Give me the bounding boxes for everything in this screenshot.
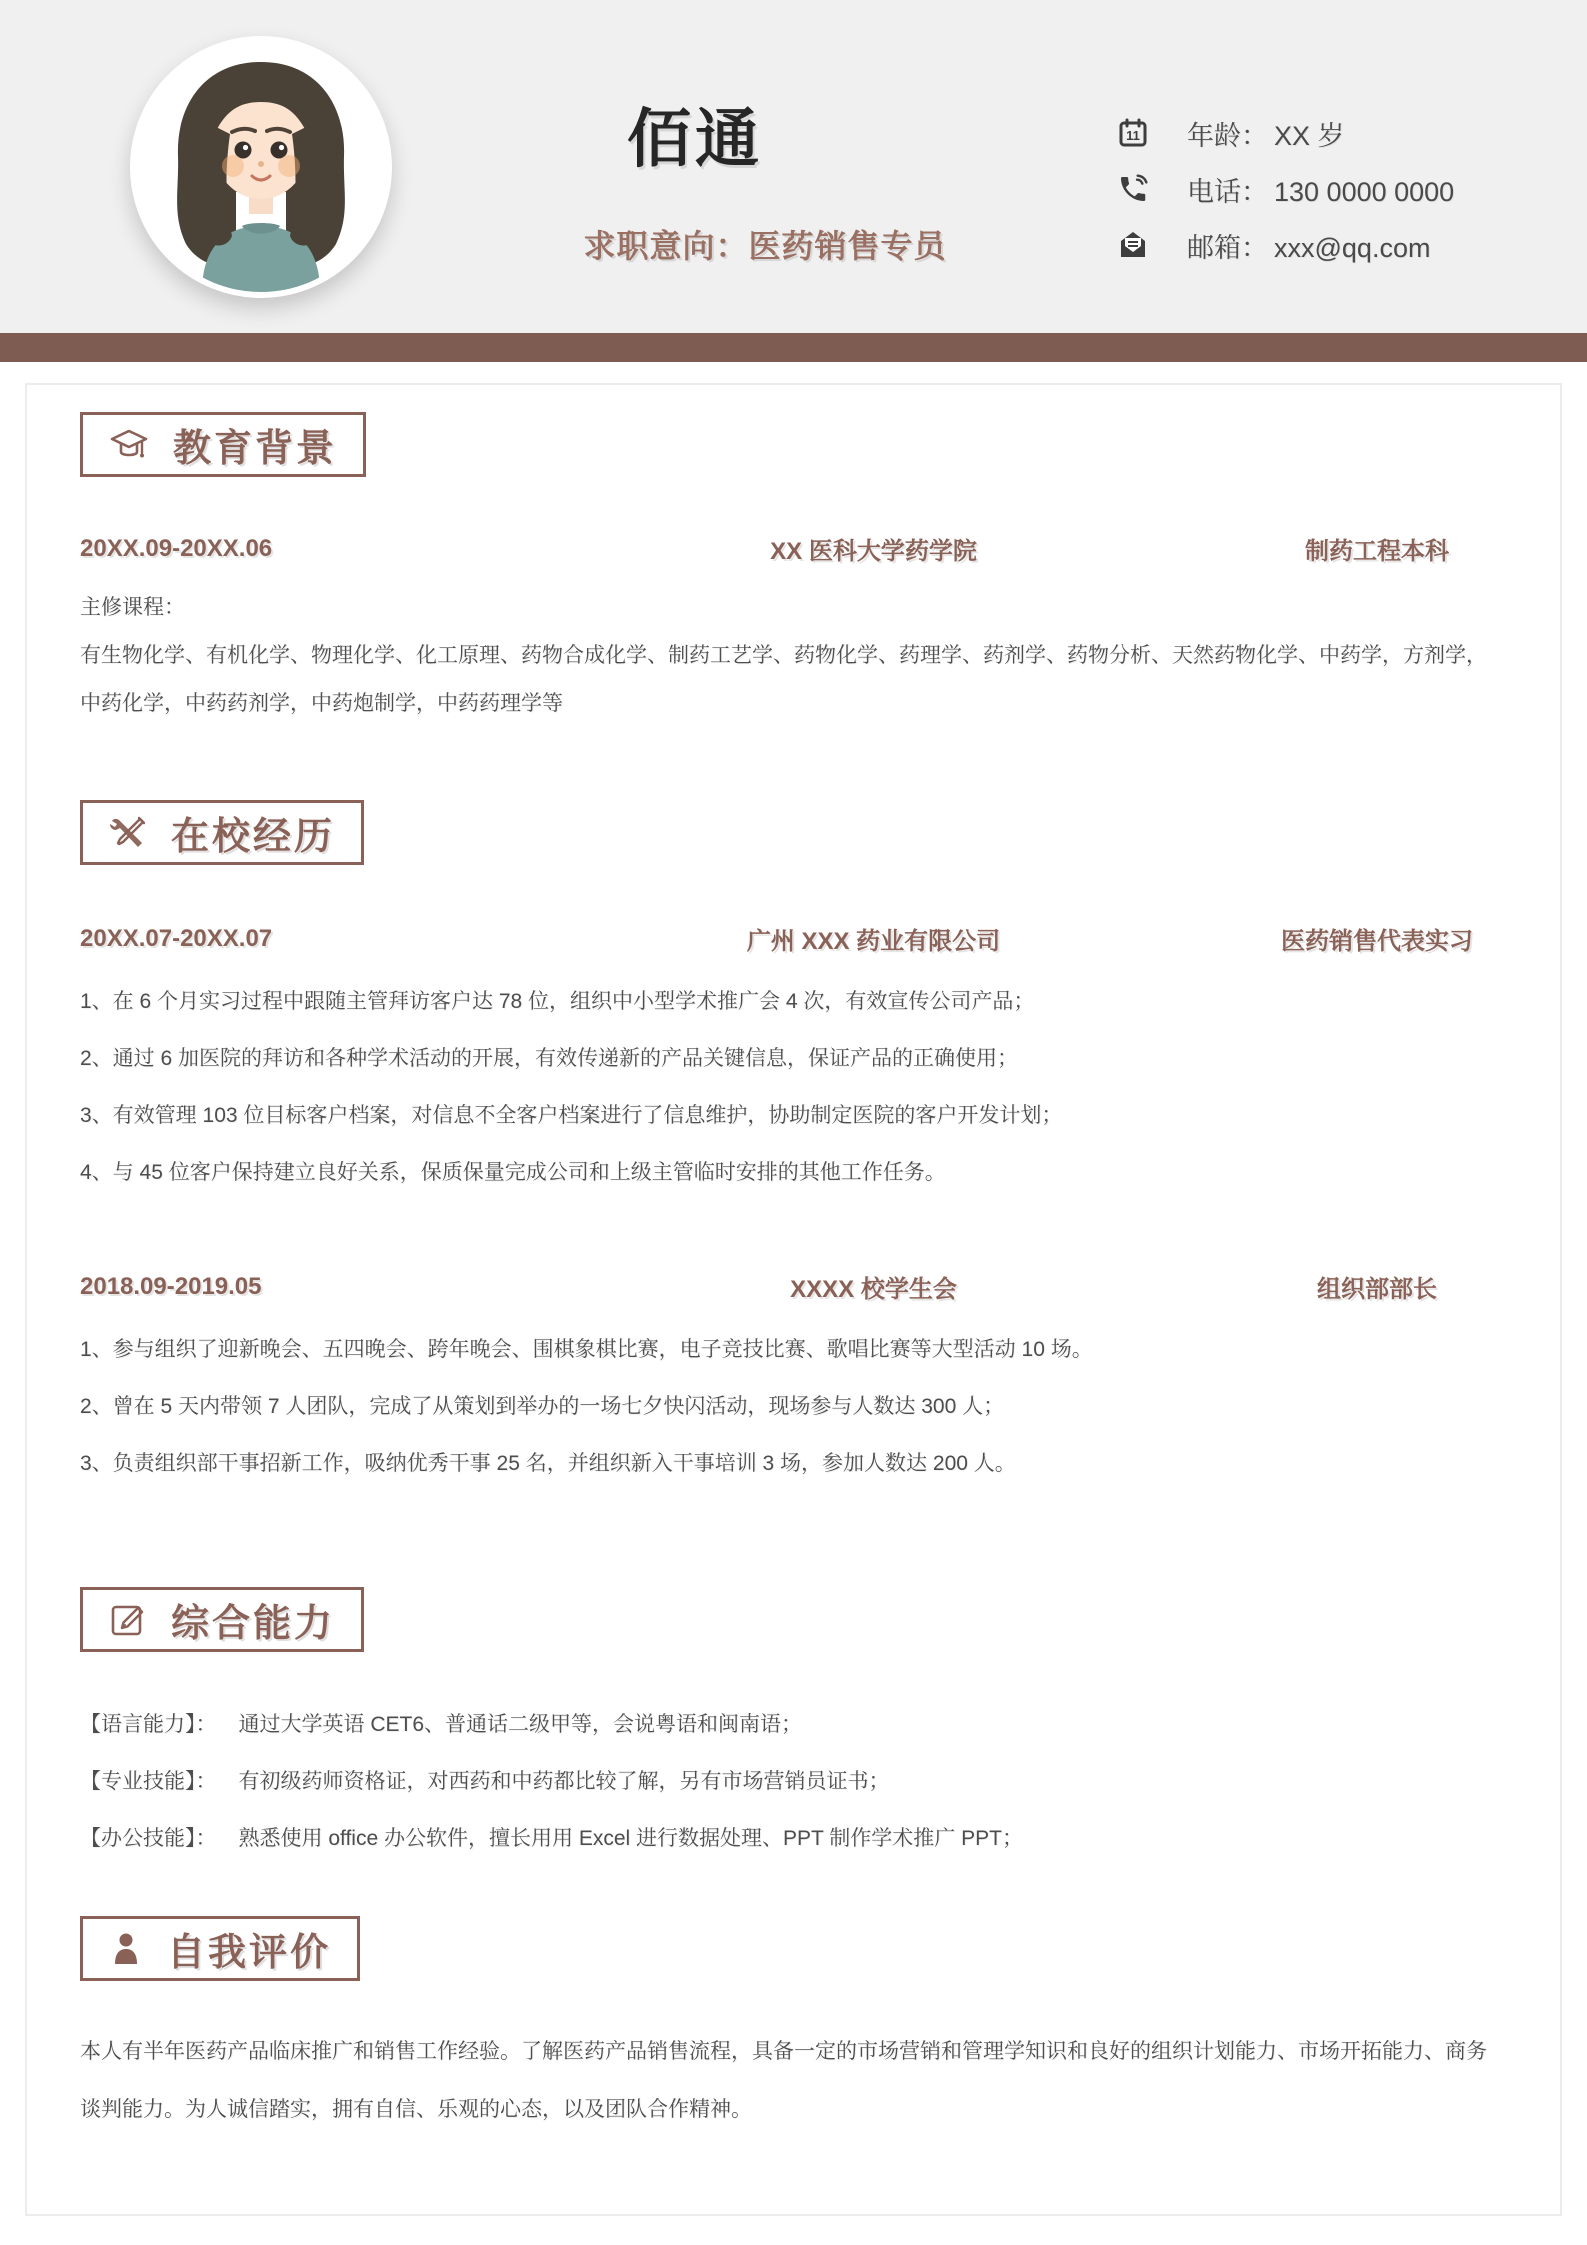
avatar-illustration (136, 42, 386, 292)
experience-item: 1、参与组织了迎新晚会、五四晚会、跨年晚会、围棋象棋比赛，电子竞技比赛、歌唱比赛… (80, 1326, 1507, 1374)
person-icon (109, 1930, 143, 1968)
entry-period: 20XX.07-20XX.07 (80, 925, 500, 953)
crossed-tools-icon (109, 814, 147, 852)
ability-label: 【语言能力】： (80, 1713, 217, 1736)
experience-item: 2、通过 6 加医院的拜访和各种学术活动的开展，有效传递新的产品关键信息，保证产… (80, 1035, 1507, 1083)
section-header-ability: 综合能力 (80, 1587, 364, 1652)
ability-rows: 【语言能力】：通过大学英语 CET6、普通话二级甲等，会说粤语和闽南语； 【专业… (80, 1701, 1507, 1863)
self-eval-text: 本人有半年医药产品临床推广和销售工作经验。了解医药产品销售流程，具备一定的市场营… (80, 2023, 1507, 2139)
mail-icon (1117, 229, 1149, 261)
phone-icon (1117, 173, 1149, 205)
content-card: 教育背景 20XX.09-20XX.06 XX 医科大学药学院 制药工程本科 主… (25, 383, 1562, 2216)
contact-row-email: 邮箱：xxx@qq.com (1117, 229, 1454, 261)
section-title: 教育背景 (173, 417, 337, 472)
campus-entry-items: 1、参与组织了迎新晚会、五四晚会、跨年晚会、围棋象棋比赛，电子竞技比赛、歌唱比赛… (80, 1326, 1507, 1488)
ability-row: 【办公技能】：熟悉使用 office 办公软件，擅长用用 Excel 进行数据处… (80, 1815, 1507, 1863)
experience-item: 2、曾在 5 天内带领 7 人团队，完成了从策划到举办的一场七夕快闪活动，现场参… (80, 1383, 1507, 1431)
entry-org: 广州 XXX 药业有限公司 (500, 921, 1247, 956)
section-title: 综合能力 (171, 1592, 335, 1647)
ability-row: 【专业技能】：有初级药师资格证，对西药和中药都比较了解，另有市场营销员证书； (80, 1758, 1507, 1806)
experience-item: 3、负责组织部干事招新工作，吸纳优秀干事 25 名，并组织新入干事培训 3 场，… (80, 1440, 1507, 1488)
header: 佰通 求职意向：医药销售专员 11 年龄：XX 岁 电 (0, 0, 1587, 333)
entry-role: 医药销售代表实习 (1247, 921, 1507, 956)
candidate-name: 佰通 (480, 102, 910, 176)
experience-item: 4、与 45 位客户保持建立良好关系，保质保量完成公司和上级主管临时安排的其他工… (80, 1149, 1507, 1197)
contact-row-phone: 电话：130 0000 0000 (1117, 173, 1454, 205)
contact-row-age: 11 年龄：XX 岁 (1117, 117, 1454, 149)
divider-bar (0, 333, 1587, 362)
campus-entry-items: 1、在 6 个月实习过程中跟随主管拜访客户达 78 位，组织中小型学术推广会 4… (80, 978, 1507, 1197)
ability-text: 通过大学英语 CET6、普通话二级甲等，会说粤语和闽南语； (239, 1713, 803, 1736)
section-header-self-eval: 自我评价 (80, 1916, 360, 1981)
section-ability: 综合能力 【语言能力】：通过大学英语 CET6、普通话二级甲等，会说粤语和闽南语… (80, 1497, 1507, 1863)
experience-item: 1、在 6 个月实习过程中跟随主管拜访客户达 78 位，组织中小型学术推广会 4… (80, 978, 1507, 1026)
contact-list: 11 年龄：XX 岁 电话：130 0000 0000 (1117, 117, 1454, 285)
contact-phone: 电话：130 0000 0000 (1187, 170, 1454, 209)
education-entry-row: 20XX.09-20XX.06 XX 医科大学药学院 制药工程本科 (80, 531, 1507, 566)
entry-org: XX 医科大学药学院 (500, 531, 1247, 566)
job-intent: 求职意向：医药销售专员 (565, 221, 965, 267)
courses-intro: 主修课程： (80, 584, 1507, 632)
entry-role: 组织部部长 (1247, 1269, 1507, 1304)
contact-age: 年龄：XX 岁 (1187, 114, 1345, 153)
ability-text: 有初级药师资格证，对西药和中药都比较了解，另有市场营销员证书； (239, 1770, 890, 1793)
campus-entry-row: 2018.09-2019.05 XXXX 校学生会 组织部部长 (80, 1269, 1507, 1304)
experience-item: 3、有效管理 103 位目标客户档案，对信息不全客户档案进行了信息维护，协助制定… (80, 1092, 1507, 1140)
campus-entry-row: 20XX.07-20XX.07 广州 XXX 药业有限公司 医药销售代表实习 (80, 921, 1507, 956)
section-title: 自我评价 (167, 1921, 331, 1976)
contact-email: 邮箱：xxx@qq.com (1187, 226, 1430, 265)
svg-text:11: 11 (1126, 128, 1140, 143)
section-header-campus: 在校经历 (80, 800, 364, 865)
section-header-education: 教育背景 (80, 412, 366, 477)
graduation-cap-icon (109, 426, 149, 464)
resume-page: { "colors": { "accent": "#8a6156", "divi… (0, 0, 1587, 2245)
section-self-evaluation: 自我评价 本人有半年医药产品临床推广和销售工作经验。了解医药产品销售流程，具备一… (80, 1872, 1507, 2139)
courses-text: 有生物化学、有机化学、物理化学、化工原理、药物合成化学、制药工艺学、药物化学、药… (80, 632, 1507, 728)
courses-block: 主修课程： 有生物化学、有机化学、物理化学、化工原理、药物合成化学、制药工艺学、… (80, 584, 1507, 728)
calendar-icon: 11 (1117, 117, 1149, 149)
section-title: 在校经历 (171, 805, 335, 860)
section-education: 教育背景 20XX.09-20XX.06 XX 医科大学药学院 制药工程本科 主… (80, 412, 1507, 728)
entry-role: 制药工程本科 (1247, 531, 1507, 566)
entry-org: XXXX 校学生会 (500, 1269, 1247, 1304)
ability-text: 熟悉使用 office 办公软件，擅长用用 Excel 进行数据处理、PPT 制… (239, 1827, 1023, 1850)
ability-label: 【办公技能】： (80, 1827, 217, 1850)
section-campus-experience: 在校经历 20XX.07-20XX.07 广州 XXX 药业有限公司 医药销售代… (80, 728, 1507, 1488)
pen-edit-icon (109, 1601, 147, 1639)
entry-period: 20XX.09-20XX.06 (80, 535, 500, 563)
avatar (130, 36, 392, 298)
entry-period: 2018.09-2019.05 (80, 1273, 500, 1301)
ability-row: 【语言能力】：通过大学英语 CET6、普通话二级甲等，会说粤语和闽南语； (80, 1701, 1507, 1749)
ability-label: 【专业技能】： (80, 1770, 217, 1793)
